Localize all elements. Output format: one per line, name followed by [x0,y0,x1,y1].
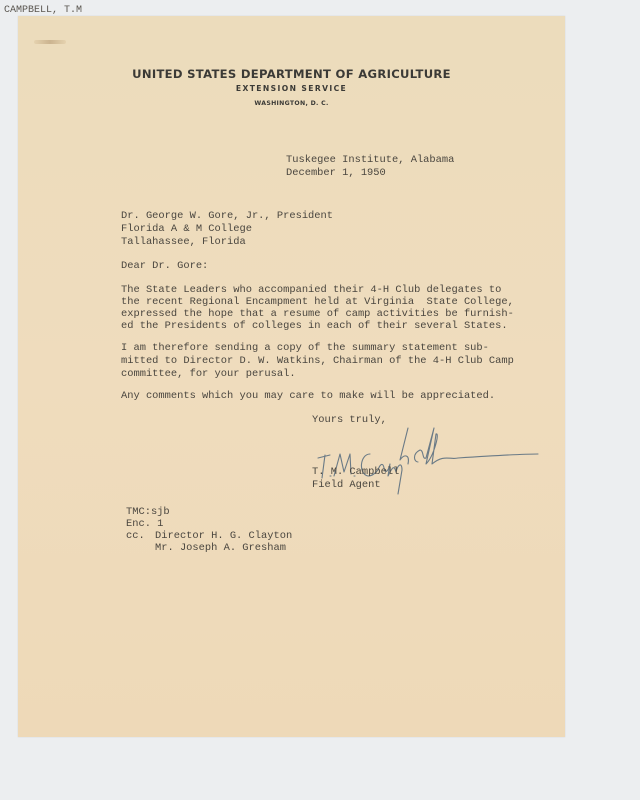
letter-page: UNITED STATES DEPARTMENT OF AGRICULTURE … [18,16,565,737]
sender-location: Tuskegee Institute, Alabama [286,154,454,167]
paragraph-2-line-2: mitted to Director D. W. Watkins, Chairm… [121,355,514,368]
paper-smudge [34,40,66,44]
signer-title: Field Agent [312,479,381,492]
paragraph-2-line-3: committee, for your perusal. [121,368,296,381]
letterhead-department: UNITED STATES DEPARTMENT OF AGRICULTURE [18,67,565,81]
letter-date: December 1, 1950 [286,167,386,180]
recipient-line-3: Tallahassee, Florida [121,236,246,249]
letterhead-location: WASHINGTON, D. C. [18,100,565,107]
paragraph-3-line-1: Any comments which you may care to make … [121,390,495,403]
cc-recipient-2: Mr. Joseph A. Gresham [155,542,286,555]
signer-name: T. M. Campbell [312,466,399,479]
paragraph-2-line-1: I am therefore sending a copy of the sum… [121,342,489,355]
salutation: Dear Dr. Gore: [121,260,208,273]
recipient-line-1: Dr. George W. Gore, Jr., President [121,210,333,223]
letterhead-service: EXTENSION SERVICE [18,84,565,93]
paragraph-1-line-4: ed the Presidents of colleges in each of… [121,320,508,333]
recipient-line-2: Florida A & M College [121,223,252,236]
cc-label: cc. [126,530,145,543]
